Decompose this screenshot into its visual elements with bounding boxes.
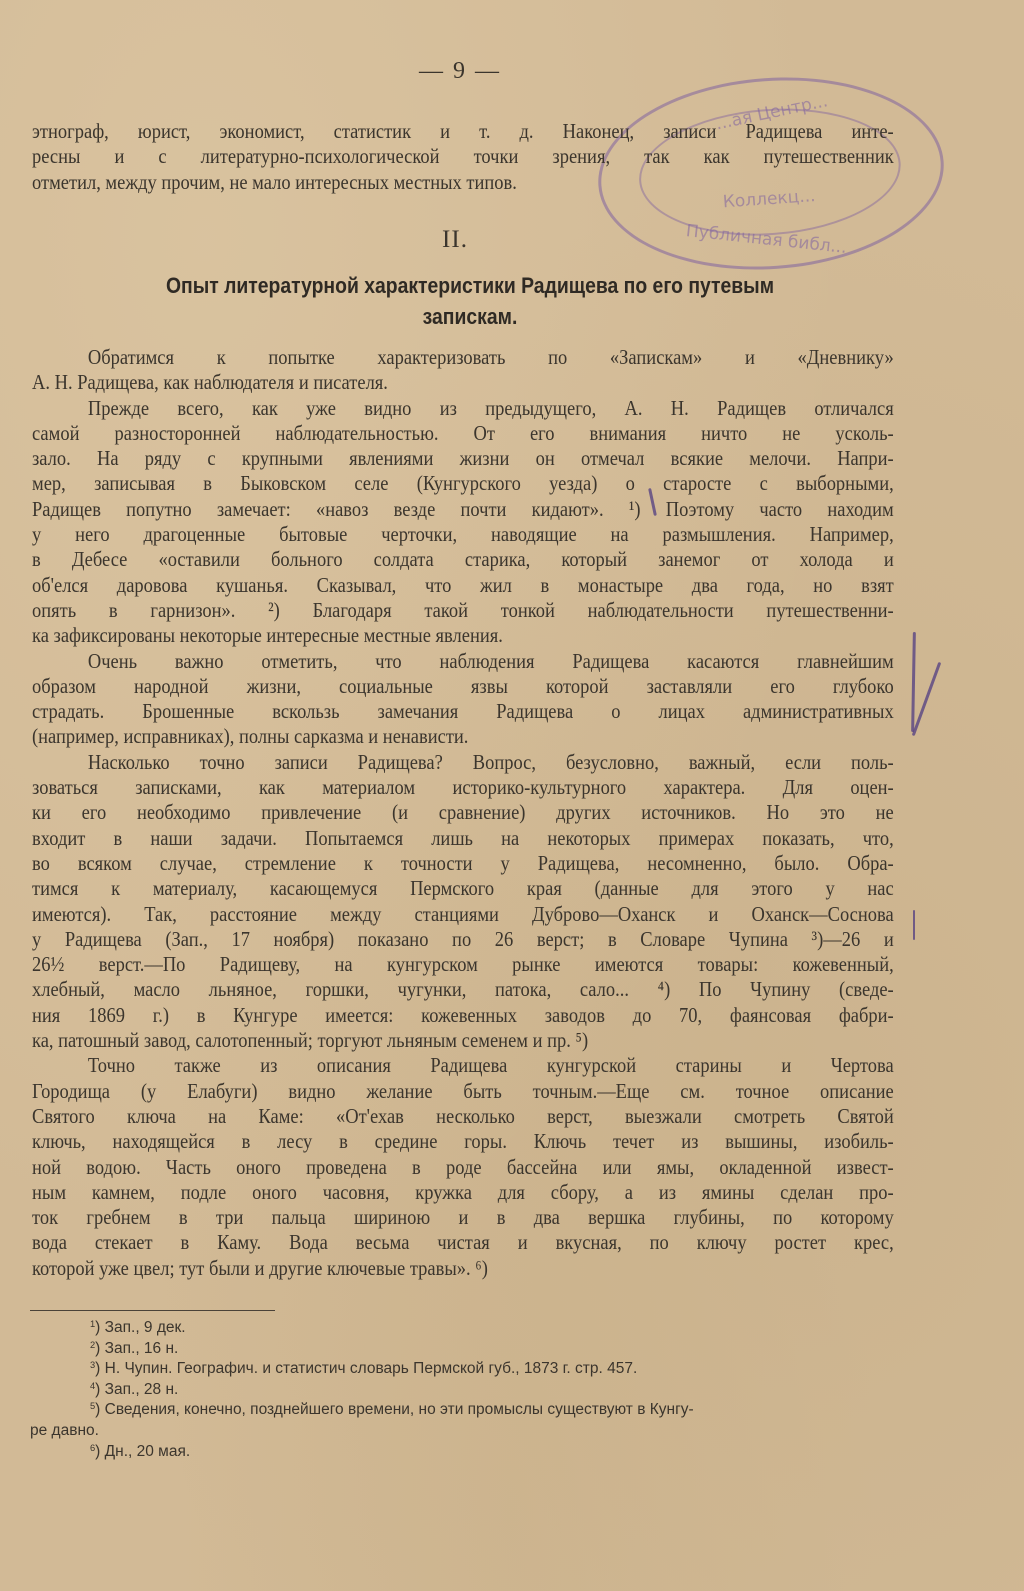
text-line: Насколько точно записи Радищева? Вопрос,… (32, 750, 894, 775)
text-line: ния 1869 г.) в Кунгуре имеется: кожевенн… (32, 1003, 894, 1028)
text-line: ка, патошный завод, салотопенный; торгую… (32, 1028, 894, 1053)
text-line: зоваться записками, как материалом истор… (32, 775, 894, 800)
footnote-6: 6) Дн., 20 мая. (30, 1442, 930, 1463)
heading-line-2: запискам. (109, 301, 831, 332)
text-line: ток гребнем в три пальца шириною и в два… (32, 1205, 894, 1230)
text-line: ключь, находящейся в лесу в средине горы… (32, 1129, 894, 1154)
text-line: у него драгоценные бытовые черточки, нав… (32, 522, 894, 547)
document-page: — 9 — ...ая Центр... Коллекц... Публична… (0, 0, 1024, 1591)
text-line: А. Н. Радищева, как наблюдателя и писате… (32, 370, 894, 395)
pencil-check-mark-stroke (912, 662, 941, 736)
text-line: страдать. Брошенные вскользь замечания Р… (32, 699, 894, 724)
footnote-divider (30, 1310, 275, 1311)
text-line: во всяком случае, стремление к точности … (32, 851, 894, 876)
text-line: тимся к материалу, касающемуся Пермского… (32, 876, 894, 901)
main-text: Обратимся к попытке характеризовать по «… (32, 345, 894, 1281)
footnote-text: ) Дн., 20 мая. (95, 1443, 190, 1460)
text-line: имеются). Так, расстояние между станциям… (32, 902, 894, 927)
text-line: зало. На ряду с крупными явлениями жизни… (32, 446, 894, 471)
section-heading: Опыт литературной характеристики Радищев… (109, 270, 831, 332)
text-line: хлебный, масло льняное, горшки, чугунки,… (32, 977, 894, 1002)
footnote-text: ) Сведения, конечно, позднейшего времени… (95, 1401, 693, 1418)
footnote-5-continuation: ре давно. (30, 1421, 930, 1442)
text-line: входит в наши задачи. Попытаемся лишь на… (32, 826, 894, 851)
text-line: Радищев попутно замечает: «навоз везде п… (32, 497, 894, 522)
text-line: Обратимся к попытке характеризовать по «… (32, 345, 894, 370)
footnote-2: 2) Зап., 16 н. (30, 1339, 930, 1360)
text-line: Святого ключа на Каме: «От'ехав нескольк… (32, 1104, 894, 1129)
footnotes: 1) Зап., 9 дек. 2) Зап., 16 н. 3) Н. Чуп… (30, 1318, 930, 1462)
text-line: ной водою. Часть оного проведена в роде … (32, 1155, 894, 1180)
text-line: которой уже цвел; тут были и другие ключ… (32, 1256, 894, 1281)
text-line: 26½ верст.—По Радищеву, на кунгурском ры… (32, 952, 894, 977)
text-line: самой разносторонней наблюдательностью. … (32, 421, 894, 446)
text-line: у Радищева (Зап., 17 ноября) показано по… (32, 927, 894, 952)
text-line: образом народной жизни, социальные язвы … (32, 674, 894, 699)
text-line: Прежде всего, как уже видно из предыдуще… (32, 396, 894, 421)
footnote-text: ) Зап., 9 дек. (95, 1319, 185, 1336)
text-line: ресны и с литературно-психологической то… (32, 144, 894, 169)
text-line: ным камнем, подле оного часовня, кружка … (32, 1180, 894, 1205)
footnote-5: 5) Сведения, конечно, позднейшего времен… (30, 1400, 930, 1421)
text-line: Точно также из описания Радищева кунгурс… (32, 1053, 894, 1078)
intro-paragraph: этнограф, юрист, экономист, статистик и … (32, 119, 894, 195)
footnote-3: 3) Н. Чупин. Географич. и статистич слов… (30, 1359, 930, 1380)
text-line: этнограф, юрист, экономист, статистик и … (32, 119, 894, 144)
heading-line-1: Опыт литературной характеристики Радищев… (109, 270, 831, 301)
text-line: Очень важно отметить, что наблюдения Рад… (32, 649, 894, 674)
text-line: ка зафиксированы некоторые интересные ме… (32, 623, 894, 648)
pencil-check-mark (911, 632, 916, 732)
footnote-1: 1) Зап., 9 дек. (30, 1318, 930, 1339)
text-line: опять в гарнизон». ²) Благодаря такой то… (32, 598, 894, 623)
text-line: (например, исправниках), полны сарказма … (32, 724, 894, 749)
footnote-text: ) Зап., 16 н. (95, 1340, 178, 1357)
text-line: в Дебесе «оставили больного солдата стар… (32, 547, 894, 572)
pencil-margin-mark (913, 910, 915, 940)
text-line: отметил, между прочим, не мало интересны… (32, 170, 894, 195)
footnote-text: ) Н. Чупин. Географич. и статистич слова… (95, 1360, 637, 1377)
text-line: об'елся даровова кушанья. Сказывал, что … (32, 573, 894, 598)
section-number: II. (0, 226, 910, 254)
text-line: ки его необходимо привлечение (и сравнен… (32, 800, 894, 825)
text-line: вода стекает в Каму. Вода весьма чистая … (32, 1230, 894, 1255)
text-line: мер, записывая в Быковском селе (Кунгурс… (32, 471, 894, 496)
text-line: Городища (у Елабуги) видно желание быть … (32, 1079, 894, 1104)
footnote-4: 4) Зап., 28 н. (30, 1380, 930, 1401)
footnote-text: ) Зап., 28 н. (95, 1381, 178, 1398)
